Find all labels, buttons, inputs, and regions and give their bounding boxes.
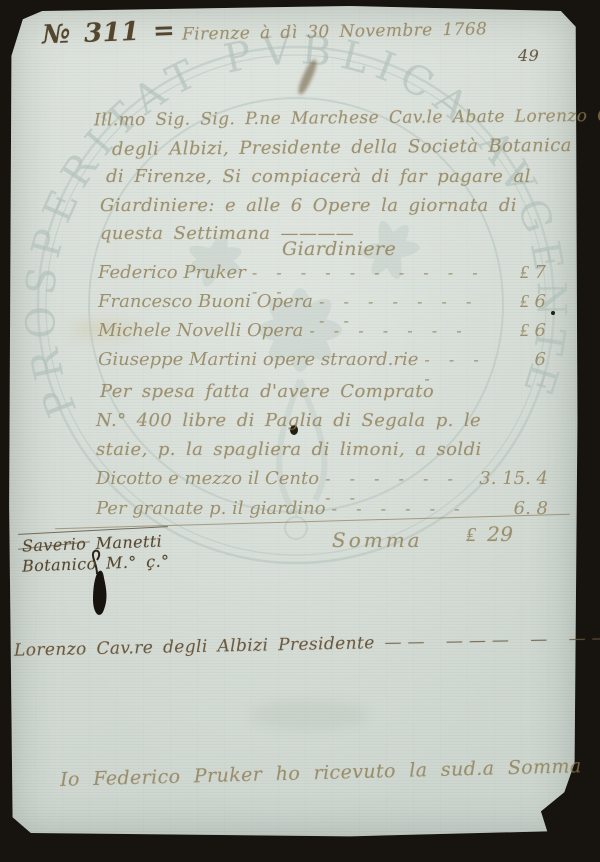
expense-item-text: Per granate p. il giardino — [96, 498, 326, 519]
gardeners-heading: Giardiniere — [282, 238, 396, 260]
gardener-name: Federico Pruker — [98, 262, 246, 283]
leader-dashes: - - - - - - — [332, 499, 490, 518]
expense-line-2: N.° 400 libre di Paglia di Segala p. le — [96, 410, 481, 431]
gardener-name: Giuseppe Martini opere straord.rie — [98, 349, 418, 370]
gardener-amount: ₤ 6 — [494, 291, 546, 312]
document-number: № 311 = — [42, 16, 176, 51]
total-amount: ₤ 29 — [466, 522, 513, 547]
body-line-2: degli Albizi, Presidente della Società B… — [112, 135, 572, 160]
page-number: 49 — [518, 46, 539, 65]
gardener-name: Francesco Buoni Opera — [98, 291, 313, 312]
total-label: Somma — [332, 528, 423, 552]
ink-speck — [551, 311, 555, 315]
gardener-name: Michele Novelli Opera — [98, 320, 303, 341]
gardener-amount: 6 — [494, 349, 546, 370]
expense-line-3: staie, p. la spagliera di limoni, a sold… — [96, 439, 482, 460]
leader-dashes: - - - - - - - — [309, 321, 488, 340]
expense-item-text: Dicotto e mezzo il Cento — [96, 468, 319, 489]
expense-line-1: Per spesa fatta d'avere Comprato — [100, 381, 434, 402]
gardener-row: Michele Novelli Opera - - - - - - - ₤ 6 — [98, 320, 546, 341]
watermark-stamp: PROSPERITAT PVBLICA AVGENTE — [0, 0, 600, 862]
body-line-4: Giardiniere: e alle 6 Opere la giornata … — [100, 195, 517, 216]
gardener-amount: ₤ 7 — [494, 262, 546, 283]
gardener-amount: ₤ 6 — [494, 320, 546, 341]
expense-item-amount: 3. 15. 4 — [479, 468, 548, 489]
body-line-3: di Firenze, Si compiacerà di far pagare … — [106, 166, 531, 187]
